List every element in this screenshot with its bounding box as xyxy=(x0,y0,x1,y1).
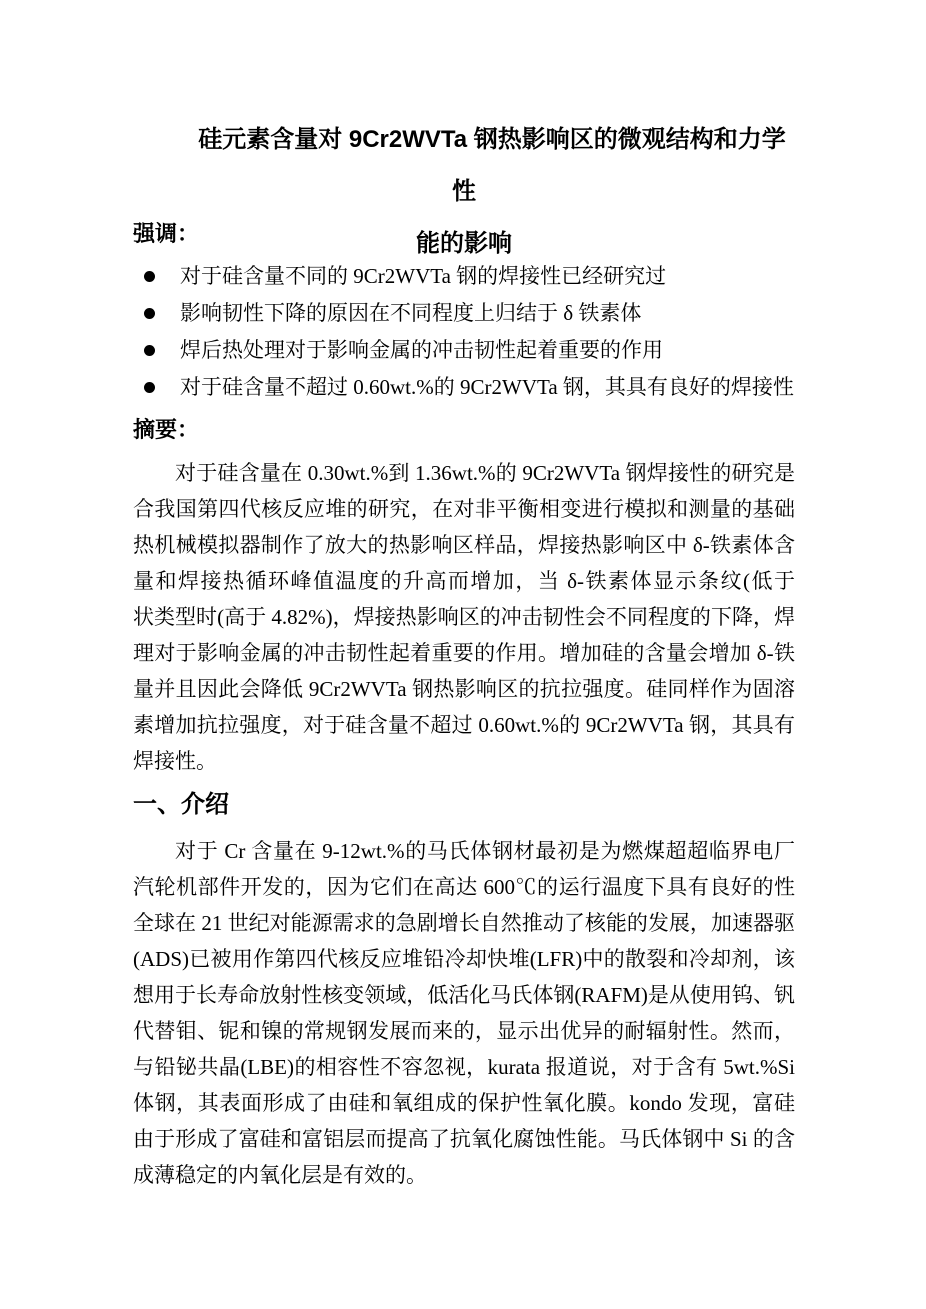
list-item: 影响韧性下降的原因在不同程度上归结于 δ 铁素体 xyxy=(133,295,795,332)
list-item-text: 影响韧性下降的原因在不同程度上归结于 δ 铁素体 xyxy=(180,301,641,325)
paragraph-line: 量并且因此会降低 9Cr2WVTa 钢热影响区的抗拉强度。硅同样作为固溶强化元 xyxy=(133,671,795,707)
list-item-text: 焊后热处理对于影响金属的冲击韧性起着重要的作用 xyxy=(180,338,663,362)
list-item: 对于硅含量不同的 9Cr2WVTa 钢的焊接性已经研究过 xyxy=(133,258,795,295)
paragraph-line: 素增加抗拉强度，对于硅含量不超过 0.60wt.%的 9Cr2WVTa 钢，其具… xyxy=(133,707,795,743)
introduction-paragraph: 对于 Cr 含量在 9-12wt.%的马氏体钢材最初是为燃煤超超临界电厂的锅炉和… xyxy=(133,833,795,1193)
bullet-icon xyxy=(144,308,155,319)
paragraph-line: 对于 Cr 含量在 9-12wt.%的马氏体钢材最初是为燃煤超超临界电厂的锅炉和 xyxy=(133,833,795,869)
title-line: 硅元素含量对 9Cr2WVTa 钢热影响区的微观结构和力学性 xyxy=(133,114,795,218)
paragraph-line: 理对于影响金属的冲击韧性起着重要的作用。增加硅的含量会增加 δ-铁素体的含 xyxy=(133,635,795,671)
paragraph-line: 由于形成了富硅和富铝层而提高了抗氧化腐蚀性能。马氏体钢中 Si 的含量对形 xyxy=(133,1121,795,1157)
highlights-heading: 强调： xyxy=(133,219,795,249)
abstract-paragraph: 对于硅含量在 0.30wt.%到 1.36wt.%的 9Cr2WVTa 钢焊接性… xyxy=(133,455,795,779)
paragraph-line: 量和焊接热循环峰值温度的升高而增加，当 δ-铁素体显示条纹(低于 4.82%)或… xyxy=(133,563,795,599)
paragraph-line: 热机械模拟器制作了放大的热影响区样品，焊接热影响区中 δ-铁素体含量随硅含 xyxy=(133,527,795,563)
list-item: 焊后热处理对于影响金属的冲击韧性起着重要的作用 xyxy=(133,332,795,369)
abstract-heading: 摘要： xyxy=(133,415,795,445)
bullet-icon xyxy=(144,271,155,282)
list-item: 对于硅含量不超过 0.60wt.%的 9Cr2WVTa 钢，其具有良好的焊接性 xyxy=(133,369,795,406)
highlights-list: 对于硅含量不同的 9Cr2WVTa 钢的焊接性已经研究过 影响韧性下降的原因在不… xyxy=(133,258,795,406)
paragraph-line: 状类型时(高于 4.82%)，焊接热影响区的冲击韧性会不同程度的下降，焊后热处 xyxy=(133,599,795,635)
paragraph-line: 全球在 21 世纪对能源需求的急剧增长自然推动了核能的发展，加速器驱动系统 xyxy=(133,905,795,941)
introduction-heading: 一、介绍 xyxy=(133,790,795,820)
document-page: 硅元素含量对 9Cr2WVTa 钢热影响区的微观结构和力学性 能的影响 强调： … xyxy=(0,0,926,1309)
paragraph-line: 汽轮机部件开发的，因为它们在高达 600℃的运行温度下具有良好的性能。然而， xyxy=(133,869,795,905)
paragraph-line: 体钢，其表面形成了由硅和氧组成的保护性氧化膜。kondo 发现，富硅和富铝钢 xyxy=(133,1085,795,1121)
bullet-icon xyxy=(144,345,155,356)
paragraph-line: 与铅铋共晶(LBE)的相容性不容忽视，kurata 报道说，对于含有 5wt.%… xyxy=(133,1049,795,1085)
bullet-icon xyxy=(144,382,155,393)
paragraph-line: 焊接性。 xyxy=(133,743,795,779)
paragraph-line: 想用于长寿命放射性核变领域，低活化马氏体钢(RAFM)是从使用钨、钒和钽来 xyxy=(133,977,795,1013)
paragraph-line: (ADS)已被用作第四代核反应堆铅冷却快堆(LFR)中的散裂和冷却剂，该快堆设 xyxy=(133,941,795,977)
list-item-text: 对于硅含量不超过 0.60wt.%的 9Cr2WVTa 钢，其具有良好的焊接性 xyxy=(180,375,794,399)
paragraph-line: 合我国第四代核反应堆的研究，在对非平衡相变进行模拟和测量的基础上，利用 xyxy=(133,491,795,527)
paragraph-line: 对于硅含量在 0.30wt.%到 1.36wt.%的 9Cr2WVTa 钢焊接性… xyxy=(133,455,795,491)
list-item-text: 对于硅含量不同的 9Cr2WVTa 钢的焊接性已经研究过 xyxy=(180,264,666,288)
paragraph-line: 成薄稳定的内氧化层是有效的。 xyxy=(133,1157,795,1193)
paragraph-line: 代替钼、铌和镍的常规钢发展而来的，显示出优异的耐辐射性。然而，候选材料 xyxy=(133,1013,795,1049)
